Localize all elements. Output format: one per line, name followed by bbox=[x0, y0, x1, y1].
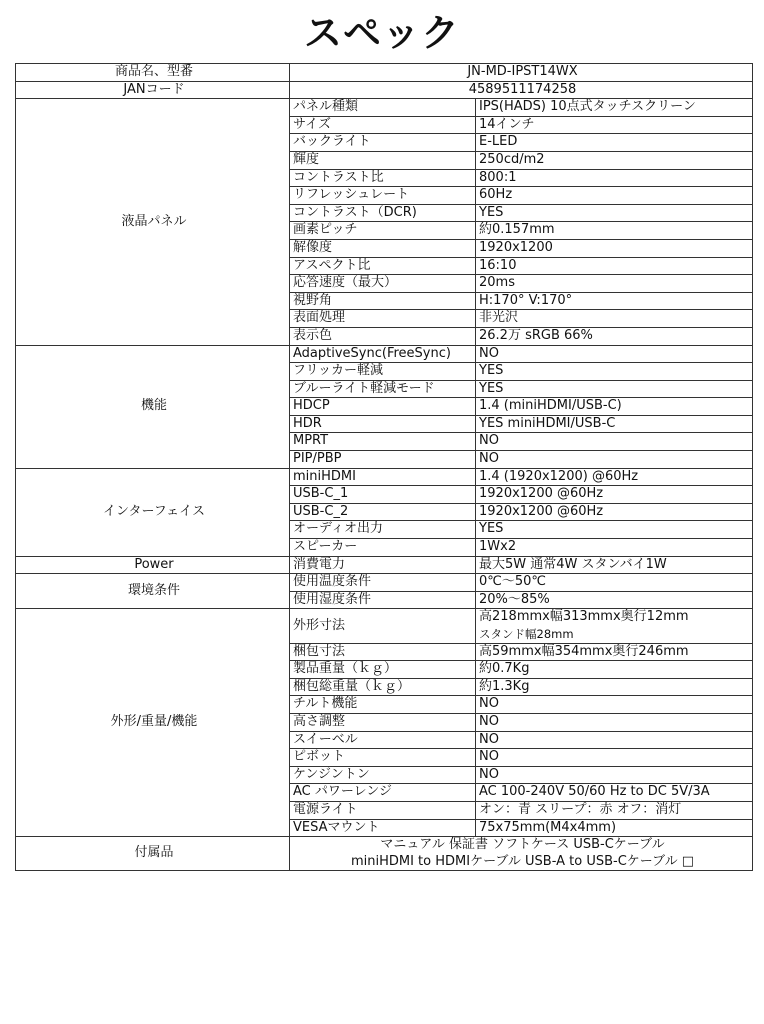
category-label: 機能 bbox=[16, 345, 290, 468]
spec-value: NO bbox=[476, 749, 753, 767]
table-row: 環境条件使用温度条件0℃～50℃ bbox=[16, 574, 753, 592]
table-row: JANコード 4589511174258 bbox=[16, 81, 753, 99]
spec-value: 約0.7Kg bbox=[476, 661, 753, 679]
spec-value: 1.4 (1920x1200) @60Hz bbox=[476, 468, 753, 486]
spec-key: ケンジントン bbox=[290, 766, 476, 784]
spec-value: 60Hz bbox=[476, 187, 753, 205]
spec-key: ピボット bbox=[290, 749, 476, 767]
spec-key: 画素ピッチ bbox=[290, 222, 476, 240]
spec-key: スピーカー bbox=[290, 539, 476, 557]
spec-key: miniHDMI bbox=[290, 468, 476, 486]
spec-key: 輝度 bbox=[290, 151, 476, 169]
spec-key: フリッカー軽減 bbox=[290, 363, 476, 381]
spec-value: NO bbox=[476, 696, 753, 714]
table-row: インターフェイスminiHDMI1.4 (1920x1200) @60Hz bbox=[16, 468, 753, 486]
spec-key: 梱包総重量（ｋｇ） bbox=[290, 678, 476, 696]
spec-value: 20%～85% bbox=[476, 591, 753, 609]
spec-key: AdaptiveSync(FreeSync) bbox=[290, 345, 476, 363]
accessories-line1: マニュアル 保証書 ソフトケース USB-Cケーブル bbox=[293, 837, 752, 854]
category-label: 環境条件 bbox=[16, 574, 290, 609]
spec-value: YES miniHDMI/USB-C bbox=[476, 415, 753, 433]
spec-key: リフレッシュレート bbox=[290, 187, 476, 205]
spec-key: USB-C_2 bbox=[290, 503, 476, 521]
spec-value: 0℃～50℃ bbox=[476, 574, 753, 592]
spec-key: スイーベル bbox=[290, 731, 476, 749]
spec-value: H:170° V:170° bbox=[476, 292, 753, 310]
spec-value: YES bbox=[476, 521, 753, 539]
spec-key: HDR bbox=[290, 415, 476, 433]
spec-value-line1: 高218mmx幅313mmx奥行12mm bbox=[479, 609, 752, 626]
spec-value: 1920x1200 bbox=[476, 239, 753, 257]
spec-key: HDCP bbox=[290, 398, 476, 416]
table-row: 液晶パネルパネル種類IPS(HADS) 10点式タッチスクリーン bbox=[16, 99, 753, 117]
spec-value: NO bbox=[476, 731, 753, 749]
spec-key: 高さ調整 bbox=[290, 713, 476, 731]
spec-value: NO bbox=[476, 433, 753, 451]
spec-value: NO bbox=[476, 345, 753, 363]
spec-key: PIP/PBP bbox=[290, 451, 476, 469]
spec-value: E-LED bbox=[476, 134, 753, 152]
model-number: JN-MD-IPST14WX bbox=[290, 64, 753, 82]
table-row: 機能AdaptiveSync(FreeSync)NO bbox=[16, 345, 753, 363]
table-row: 外形/重量/機能外形寸法高218mmx幅313mmx奥行12mmスタンド幅28m… bbox=[16, 609, 753, 643]
table-row: 付属品マニュアル 保証書 ソフトケース USB-CケーブルminiHDMI to… bbox=[16, 837, 753, 871]
spec-value: 26.2万 sRGB 66% bbox=[476, 327, 753, 345]
spec-key: MPRT bbox=[290, 433, 476, 451]
spec-key: チルト機能 bbox=[290, 696, 476, 714]
spec-value: AC 100-240V 50/60 Hz to DC 5V/3A bbox=[476, 784, 753, 802]
spec-value: 1Wx2 bbox=[476, 539, 753, 557]
spec-key: コントラスト（DCR) bbox=[290, 204, 476, 222]
table-row: Power消費電力最大5W 通常4W スタンバイ1W bbox=[16, 556, 753, 574]
spec-key: パネル種類 bbox=[290, 99, 476, 117]
category-label: インターフェイス bbox=[16, 468, 290, 556]
category-label: Power bbox=[16, 556, 290, 574]
spec-key: バックライト bbox=[290, 134, 476, 152]
spec-key: 電源ライト bbox=[290, 801, 476, 819]
spec-value: IPS(HADS) 10点式タッチスクリーン bbox=[476, 99, 753, 117]
spec-value: YES bbox=[476, 380, 753, 398]
spec-value: NO bbox=[476, 451, 753, 469]
spec-value: YES bbox=[476, 363, 753, 381]
accessories-list: マニュアル 保証書 ソフトケース USB-CケーブルminiHDMI to HD… bbox=[290, 837, 753, 871]
spec-key: アスペクト比 bbox=[290, 257, 476, 275]
spec-key: オーディオ出力 bbox=[290, 521, 476, 539]
spec-key: 使用湿度条件 bbox=[290, 591, 476, 609]
spec-value: 1920x1200 @60Hz bbox=[476, 503, 753, 521]
spec-value: 非光沢 bbox=[476, 310, 753, 328]
spec-value: 800:1 bbox=[476, 169, 753, 187]
spec-key: 視野角 bbox=[290, 292, 476, 310]
spec-key: 製品重量（ｋｇ） bbox=[290, 661, 476, 679]
spec-key: 表面処理 bbox=[290, 310, 476, 328]
spec-key: 応答速度（最大） bbox=[290, 275, 476, 293]
spec-value: NO bbox=[476, 766, 753, 784]
category-label: 外形/重量/機能 bbox=[16, 609, 290, 837]
spec-value: 1920x1200 @60Hz bbox=[476, 486, 753, 504]
spec-key: AC パワーレンジ bbox=[290, 784, 476, 802]
spec-table: 商品名、型番 JN-MD-IPST14WX JANコード 45895111742… bbox=[15, 63, 753, 871]
spec-value: 高59mmx幅354mmx奥行246mm bbox=[476, 643, 753, 661]
jan-code: 4589511174258 bbox=[290, 81, 753, 99]
accessories-label: 付属品 bbox=[16, 837, 290, 871]
spec-key: 梱包寸法 bbox=[290, 643, 476, 661]
spec-value: オン：青 スリープ：赤 オフ：消灯 bbox=[476, 801, 753, 819]
spec-key: 使用温度条件 bbox=[290, 574, 476, 592]
spec-value: NO bbox=[476, 713, 753, 731]
accessories-line2: miniHDMI to HDMIケーブル USB-A to USB-Cケーブル … bbox=[293, 854, 752, 871]
spec-key: ブルーライト軽減モード bbox=[290, 380, 476, 398]
spec-value: 14インチ bbox=[476, 116, 753, 134]
spec-value: 1.4 (miniHDMI/USB-C) bbox=[476, 398, 753, 416]
row-label: 商品名、型番 bbox=[16, 64, 290, 82]
spec-key: VESAマウント bbox=[290, 819, 476, 837]
spec-key: 外形寸法 bbox=[290, 609, 476, 643]
row-label: JANコード bbox=[16, 81, 290, 99]
spec-key: サイズ bbox=[290, 116, 476, 134]
category-label: 液晶パネル bbox=[16, 99, 290, 345]
spec-value: 高218mmx幅313mmx奥行12mmスタンド幅28mm bbox=[476, 609, 753, 643]
spec-key: 解像度 bbox=[290, 239, 476, 257]
spec-value: YES bbox=[476, 204, 753, 222]
spec-value: 20ms bbox=[476, 275, 753, 293]
spec-key: USB-C_1 bbox=[290, 486, 476, 504]
spec-value: 75x75mm(M4x4mm) bbox=[476, 819, 753, 837]
page-title: スペック bbox=[0, 8, 764, 58]
spec-key: コントラスト比 bbox=[290, 169, 476, 187]
spec-value: 16:10 bbox=[476, 257, 753, 275]
spec-value: 約0.157mm bbox=[476, 222, 753, 240]
spec-value: 最大5W 通常4W スタンバイ1W bbox=[476, 556, 753, 574]
spec-key: 表示色 bbox=[290, 327, 476, 345]
table-row: 商品名、型番 JN-MD-IPST14WX bbox=[16, 64, 753, 82]
spec-value: 250cd/m2 bbox=[476, 151, 753, 169]
spec-value-line2: スタンド幅28mm bbox=[479, 626, 752, 643]
spec-key: 消費電力 bbox=[290, 556, 476, 574]
spec-value: 約1.3Kg bbox=[476, 678, 753, 696]
